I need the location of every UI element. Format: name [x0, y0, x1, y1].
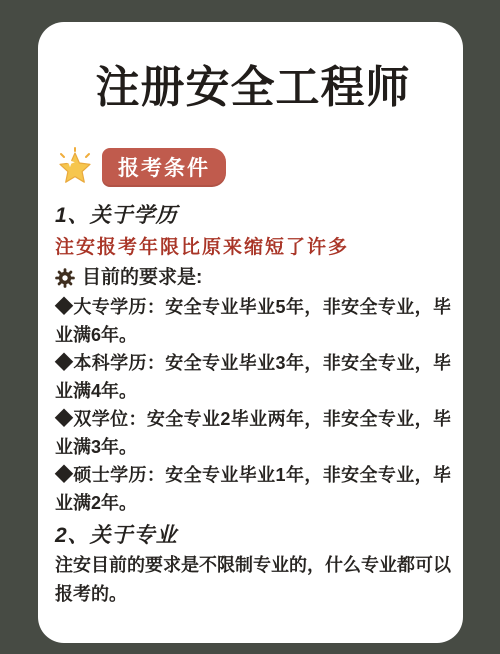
- page-title: 注册安全工程师: [55, 64, 451, 112]
- requirement-item-college: ◆大专学历：安全专业毕业5年，非安全专业，毕业满6年。: [55, 293, 451, 349]
- glowing-star-icon: [55, 146, 95, 188]
- requirement-item-master: ◆硕士学历：安全专业毕业1年，非安全专业，毕业满2年。: [55, 461, 451, 517]
- handwritten-note: 注安报考年限比原来缩短了许多: [55, 233, 451, 261]
- requirement-item-bachelor: ◆本科学历：安全专业毕业3年，非安全专业，毕业满4年。: [55, 349, 451, 405]
- section-2-heading: 2、关于专业: [55, 521, 451, 551]
- requirements-intro: 目前的要求是:: [55, 263, 451, 292]
- major-requirement-text: 注安目前的要求是不限制专业的，什么专业都可以报考的。: [55, 551, 451, 609]
- rosette-flower-icon: [55, 268, 75, 288]
- exam-conditions-badge: 报考条件: [102, 148, 226, 187]
- education-requirements-list: ◆大专学历：安全专业毕业5年，非安全专业，毕业满6年。 ◆本科学历：安全专业毕业…: [55, 293, 451, 517]
- requirements-intro-label: 目前的要求是:: [82, 263, 202, 292]
- section-1-heading: 1、关于学历: [55, 201, 451, 231]
- content-card: 注册安全工程师 报考条件 1、关于学历 注安报考年限比原来缩短了许多: [38, 22, 463, 643]
- badge-row: 报考条件: [55, 146, 451, 188]
- requirement-item-double-degree: ◆双学位：安全专业2毕业两年，非安全专业，毕业满3年。: [55, 405, 451, 461]
